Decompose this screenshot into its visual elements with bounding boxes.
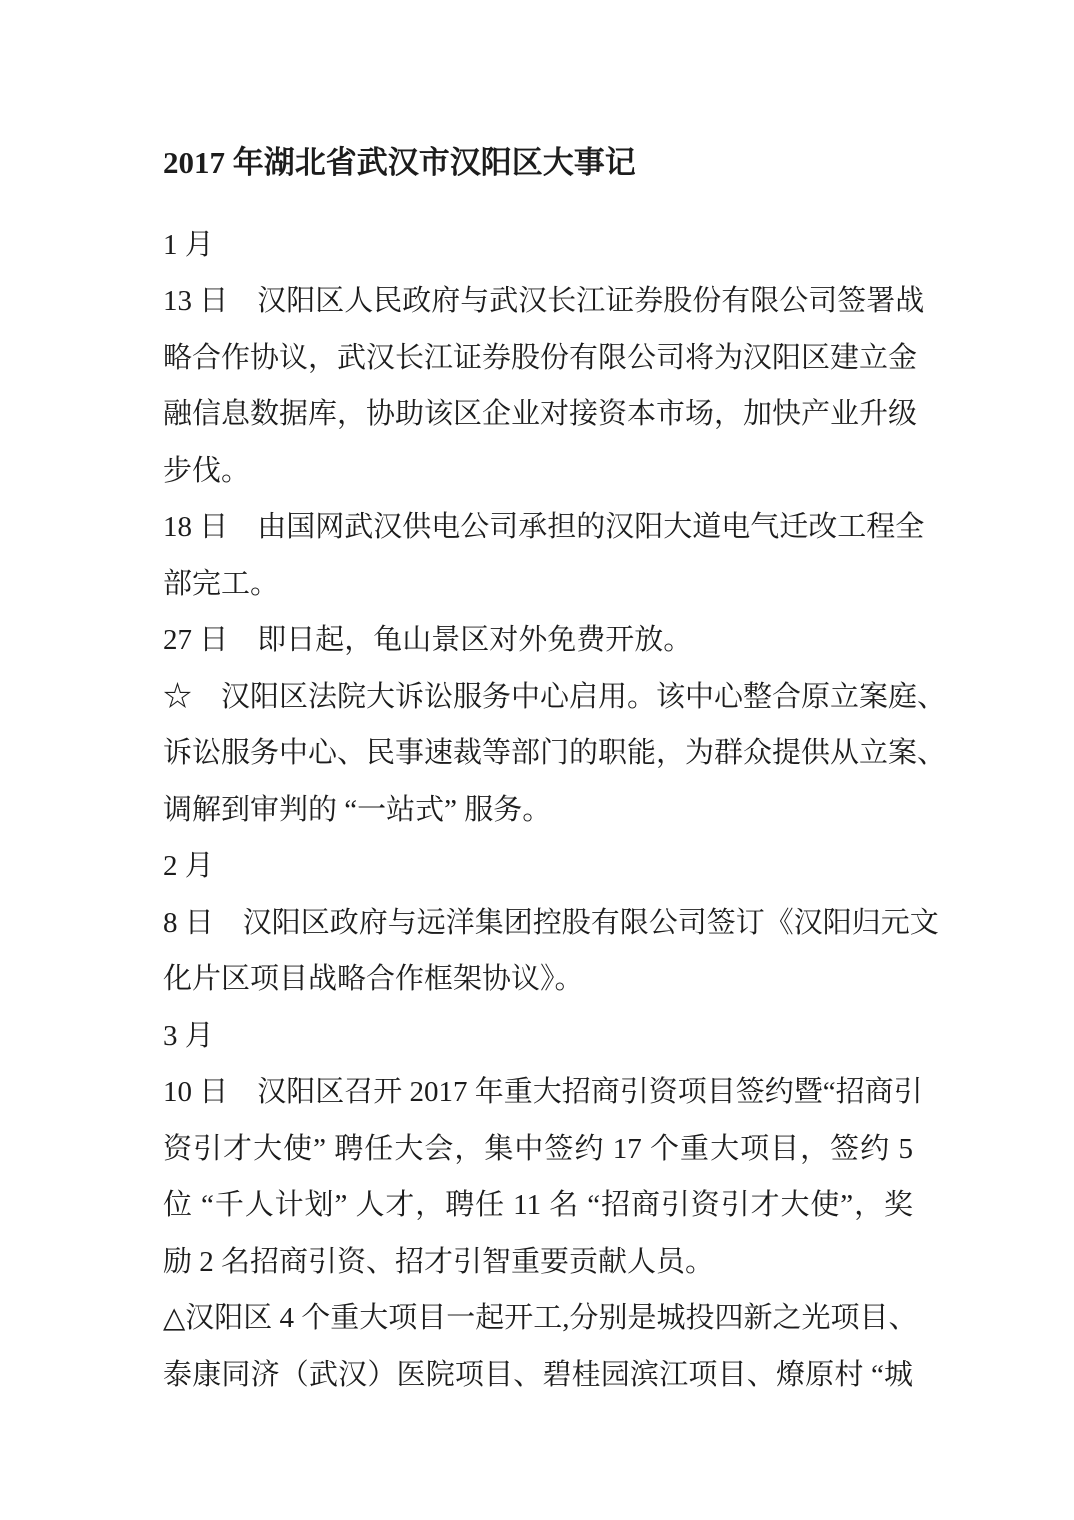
text-line: 资引才大使” 聘任大会，集中签约 17 个重大项目，签约 5 [163, 1121, 913, 1178]
text-line: 调解到审判的 “一站式” 服务。 [163, 782, 913, 839]
text-line: 8 日 汉阳区政府与远洋集团控股有限公司签订《汉阳归元文 [163, 895, 913, 952]
text-line-triangle-item: △汉阳区 4 个重大项目一起开工,分别是城投四新之光项目、 [163, 1290, 913, 1347]
text-line: 融信息数据库，协助该区企业对接资本市场，加快产业升级 [163, 386, 913, 443]
text-line: 略合作协议，武汉长江证券股份有限公司将为汉阳区建立金 [163, 330, 913, 387]
text-line: 步伐。 [163, 443, 913, 500]
text-line: 化片区项目战略合作框架协议》。 [163, 951, 913, 1008]
text-line-month-mar: 3 月 [163, 1008, 913, 1065]
text-line: 13 日 汉阳区人民政府与武汉长江证券股份有限公司签署战 [163, 273, 913, 330]
document-title: 2017 年湖北省武汉市汉阳区大事记 [163, 135, 913, 192]
text-line: 泰康同济（武汉）医院项目、碧桂园滨江项目、燎原村 “城 [163, 1347, 913, 1404]
text-line-month-feb: 2 月 [163, 838, 913, 895]
text-line: 位 “千人计划” 人才，聘任 11 名 “招商引资引才大使”，奖 [163, 1177, 913, 1234]
text-line: 诉讼服务中心、民事速裁等部门的职能，为群众提供从立案、 [163, 725, 913, 782]
text-line-month-jan: 1 月 [163, 217, 913, 274]
document-page: 2017 年湖北省武汉市汉阳区大事记 1 月 13 日 汉阳区人民政府与武汉长江… [0, 0, 1074, 1520]
title-gap [163, 192, 913, 217]
text-line: 27 日 即日起，龟山景区对外免费开放。 [163, 612, 913, 669]
text-line: 10 日 汉阳区召开 2017 年重大招商引资项目签约暨“招商引 [163, 1064, 913, 1121]
text-line: 部完工。 [163, 556, 913, 613]
text-line-star-item: ☆ 汉阳区法院大诉讼服务中心启用。该中心整合原立案庭、 [163, 669, 913, 726]
text-line: 励 2 名招商引资、招才引智重要贡献人员。 [163, 1234, 913, 1291]
text-line: 18 日 由国网武汉供电公司承担的汉阳大道电气迁改工程全 [163, 499, 913, 556]
